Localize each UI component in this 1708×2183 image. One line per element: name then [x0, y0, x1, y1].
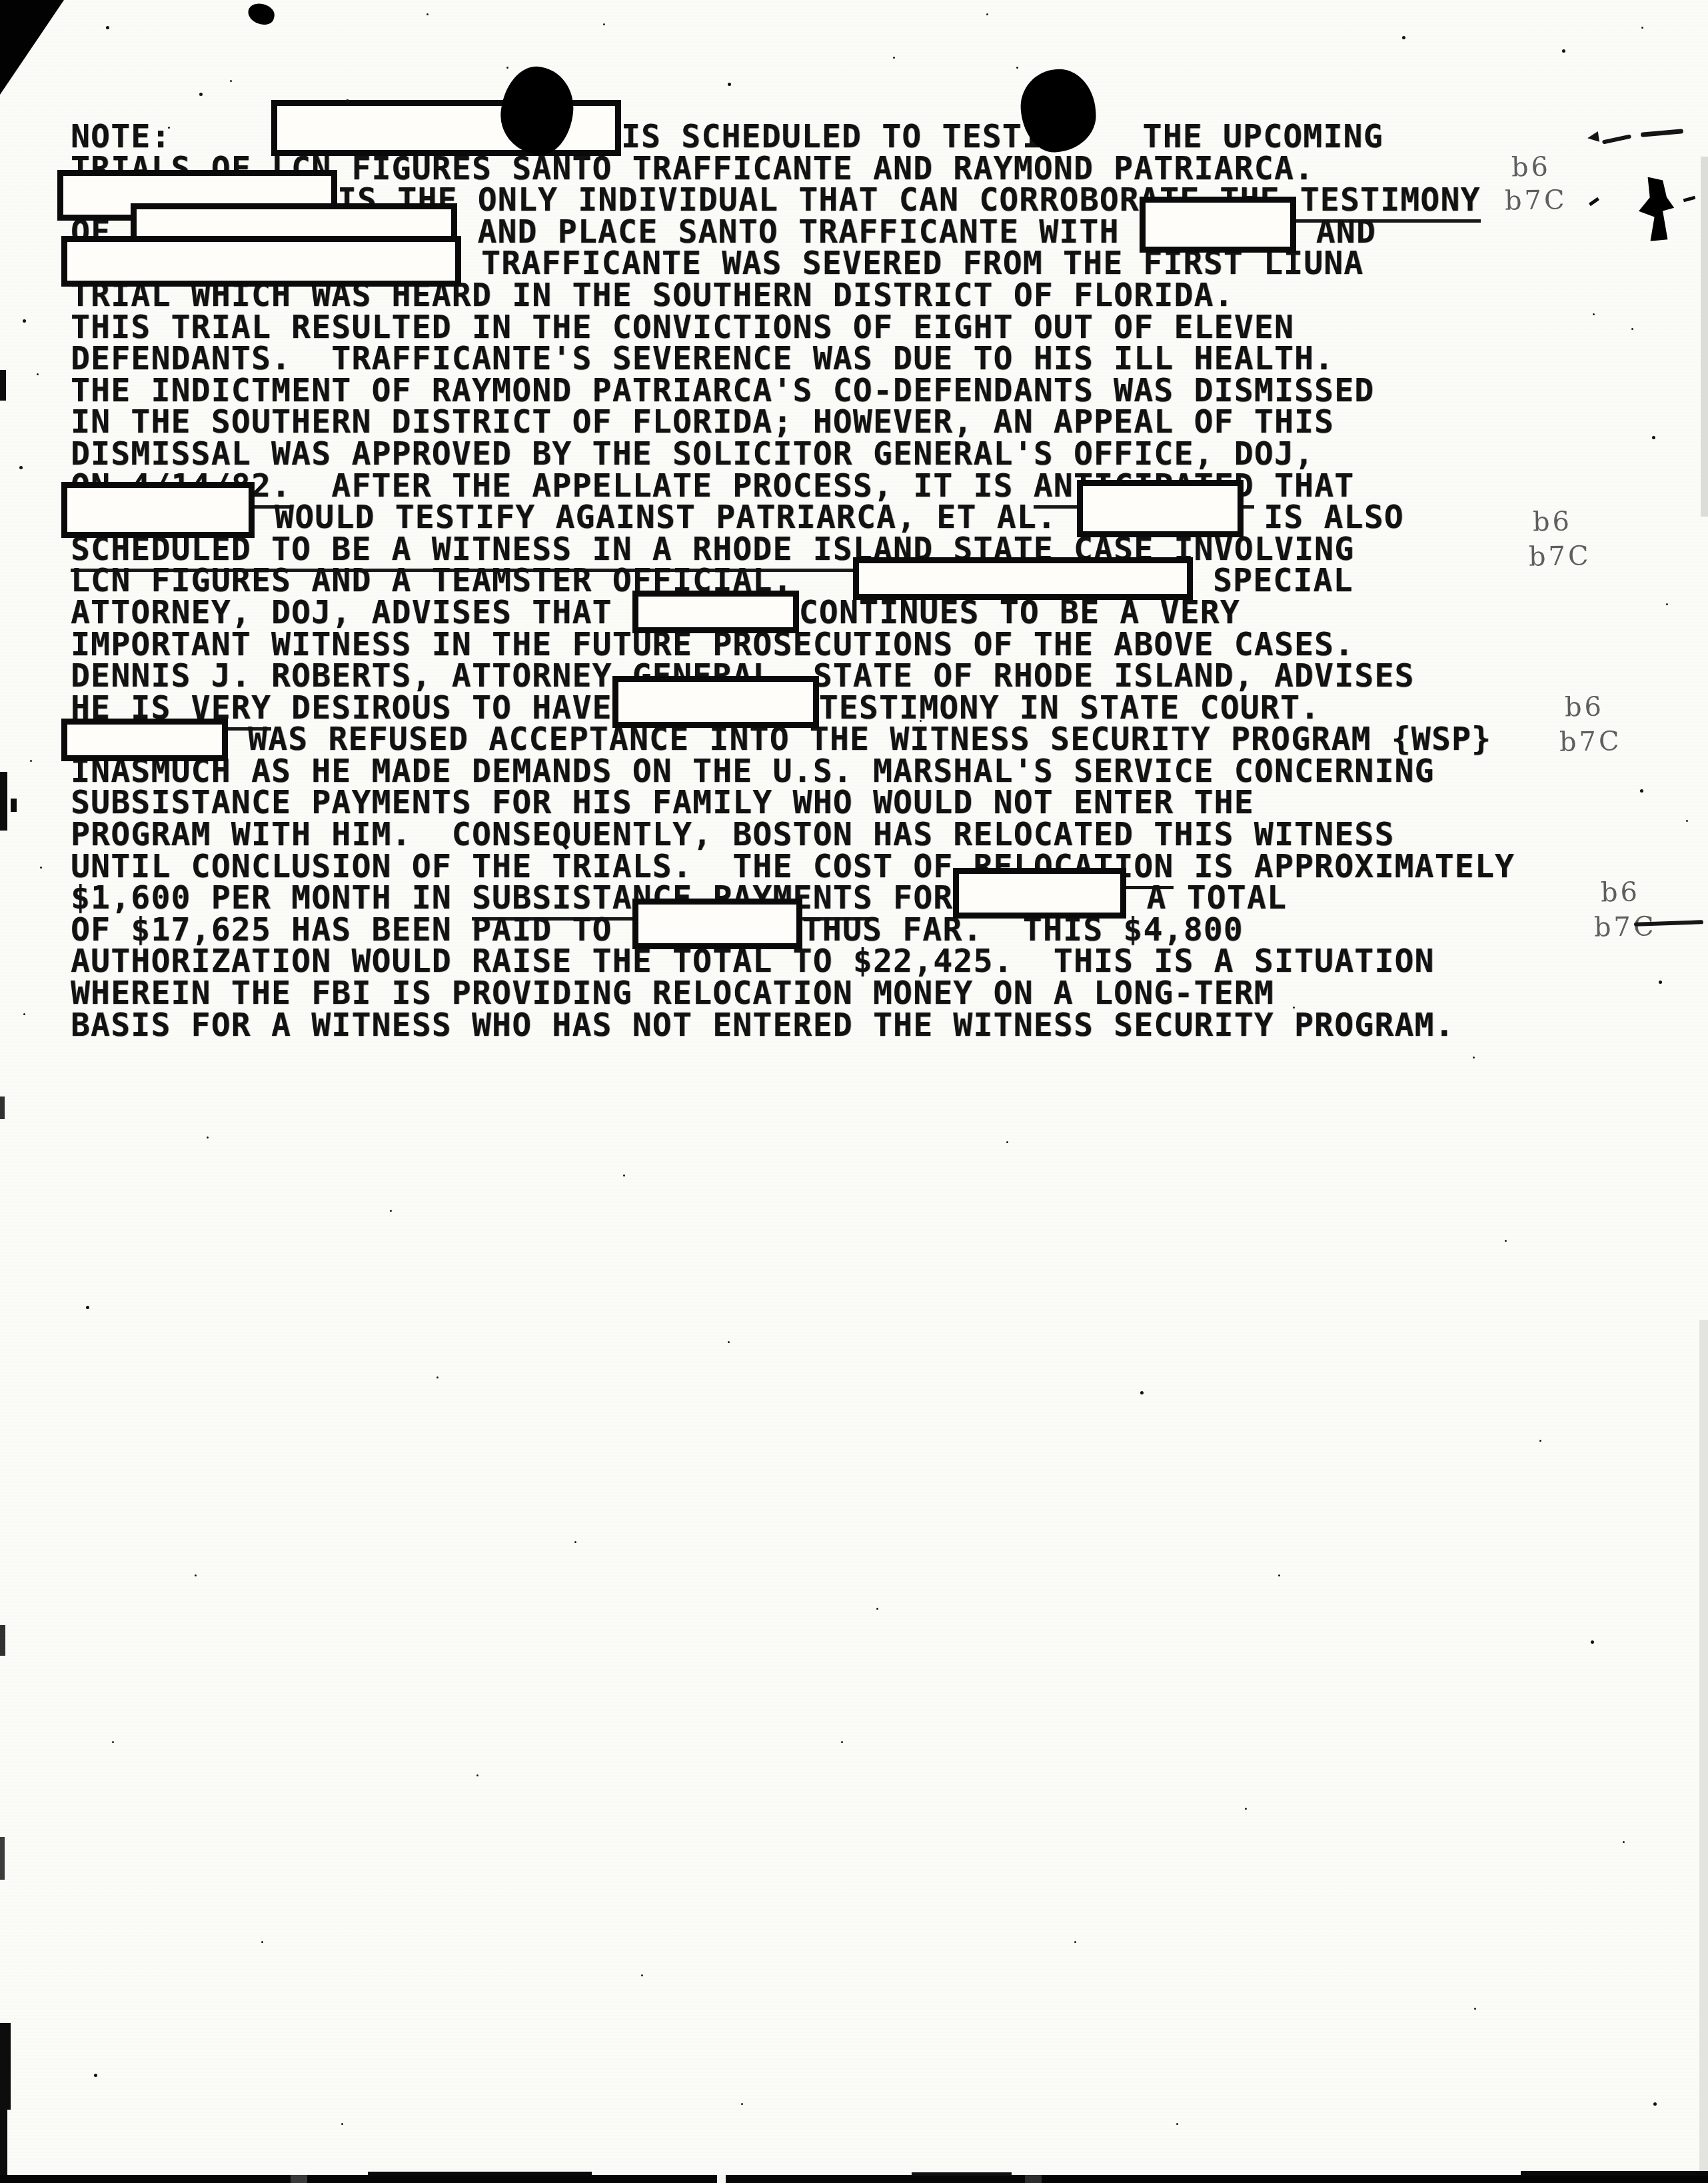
scan-edge-artifact-left — [0, 772, 7, 831]
handwritten-arrow — [1587, 131, 1599, 143]
text-line: SUBSISTANCE PAYMENTS FOR HIS FAMILY WHO … — [71, 787, 1515, 819]
scan-edge-artifact-left — [0, 1837, 5, 1880]
scan-noise-speckles — [0, 0, 2, 2]
document-text: NOTE: IS SCHEDULED TO TESTIFY THE UPCOMI… — [71, 121, 1515, 1041]
scan-edge-artifact-right — [1699, 1320, 1708, 2183]
text-line: BASIS FOR A WITNESS WHO HAS NOT ENTERED … — [71, 1010, 1515, 1042]
text-line: NOTE: IS SCHEDULED TO TESTIFY THE UPCOMI… — [71, 121, 1515, 153]
handwritten-dash — [1641, 129, 1683, 137]
scan-edge-artifact-left — [0, 2023, 11, 2110]
exemption-code: b7C — [1505, 185, 1567, 217]
redaction-box — [61, 482, 255, 538]
scan-edge-artifact-left — [0, 2106, 7, 2176]
scan-edge-artifact-bottom — [0, 2175, 1708, 2183]
redaction-box — [632, 899, 802, 949]
scan-edge-artifact-left — [0, 370, 6, 401]
text-line: DISMISSAL WAS APPROVED BY THE SOLICITOR … — [71, 439, 1515, 471]
exemption-code: b6 — [1565, 691, 1605, 723]
text-line: INASMUCH AS HE MADE DEMANDS ON THE U.S. … — [71, 756, 1515, 788]
scan-edge-artifact-left — [11, 799, 17, 812]
pen-tick — [1683, 196, 1696, 202]
scanned-document-page: NOTE: IS SCHEDULED TO TESTIFY THE UPCOMI… — [0, 0, 1708, 2183]
scan-edge-artifact-bottom — [368, 2172, 592, 2176]
text-line: UNTIL CONCLUSION OF THE TRIALS. THE COST… — [71, 851, 1515, 883]
handwritten-dash — [1602, 134, 1631, 144]
redaction-box — [612, 676, 819, 728]
text-line: IMPORTANT WITNESS IN THE FUTURE PROSECUT… — [71, 629, 1515, 661]
ink-blot — [1633, 176, 1676, 242]
text-line: WOULD TESTIFY AGAINST PATRIARCA, ET AL. … — [71, 502, 1515, 534]
redaction-box — [953, 868, 1126, 919]
scan-edge-artifact-right — [1701, 157, 1708, 517]
exemption-code: b6 — [1533, 506, 1573, 537]
text-line: SCHEDULED TO BE A WITNESS IN A RHODE ISL… — [71, 534, 1515, 566]
exemption-code: b7C — [1559, 726, 1622, 758]
text-line: IN THE SOUTHERN DISTRICT OF FLORIDA; HOW… — [71, 407, 1515, 439]
text-line: PROGRAM WITH HIM. CONSEQUENTLY, BOSTON H… — [71, 819, 1515, 851]
redaction-box — [1077, 480, 1244, 537]
text-line: TRAFFICANTE WAS SEVERED FROM THE FIRST L… — [71, 248, 1515, 280]
scan-edge-artifact-bottom — [912, 2172, 1012, 2176]
text-line: AUTHORIZATION WOULD RAISE THE TOTAL TO $… — [71, 946, 1515, 978]
pen-tick — [1589, 197, 1599, 206]
text-line: ON 4/14/82. AFTER THE APPELLATE PROCESS,… — [71, 471, 1515, 503]
text-line: DEFENDANTS. TRAFFICANTE'S SEVERENCE WAS … — [71, 343, 1515, 375]
scan-edge-artifact-bottom — [1521, 2171, 1708, 2176]
ink-blot — [246, 1, 277, 27]
exemption-code: b7C — [1529, 541, 1591, 573]
exemption-code: b7C — [1594, 911, 1657, 943]
text-line: ATTORNEY, DOJ, ADVISES THAT CONTINUES TO… — [71, 597, 1515, 629]
text-line: WAS REFUSED ACCEPTANCE INTO THE WITNESS … — [71, 724, 1515, 756]
redaction-box — [61, 236, 461, 287]
redaction-box — [61, 719, 228, 761]
redaction-box — [1140, 197, 1296, 253]
scan-edge-artifact-left — [0, 1625, 5, 1656]
exemption-code: b6 — [1601, 877, 1641, 908]
text-line: WHEREIN THE FBI IS PROVIDING RELOCATION … — [71, 978, 1515, 1010]
text-line: HE IS VERY DESIROUS TO HAVETESTIMONY IN … — [71, 693, 1515, 725]
text-line: THE INDICTMENT OF RAYMOND PATRIARCA'S CO… — [71, 375, 1515, 407]
redaction-box — [853, 557, 1193, 600]
scan-corner-artifact — [0, 0, 100, 100]
text-line: OF $17,625 HAS BEEN PAID TO THUS FAR. TH… — [71, 915, 1515, 947]
redaction-box — [632, 591, 799, 633]
exemption-code: b6 — [1511, 151, 1551, 183]
typed-text: BASIS FOR A WITNESS WHO HAS NOT ENTERED … — [71, 1007, 1455, 1044]
text-line: THIS TRIAL RESULTED IN THE CONVICTIONS O… — [71, 312, 1515, 344]
scan-edge-artifact-left — [0, 1096, 5, 1119]
